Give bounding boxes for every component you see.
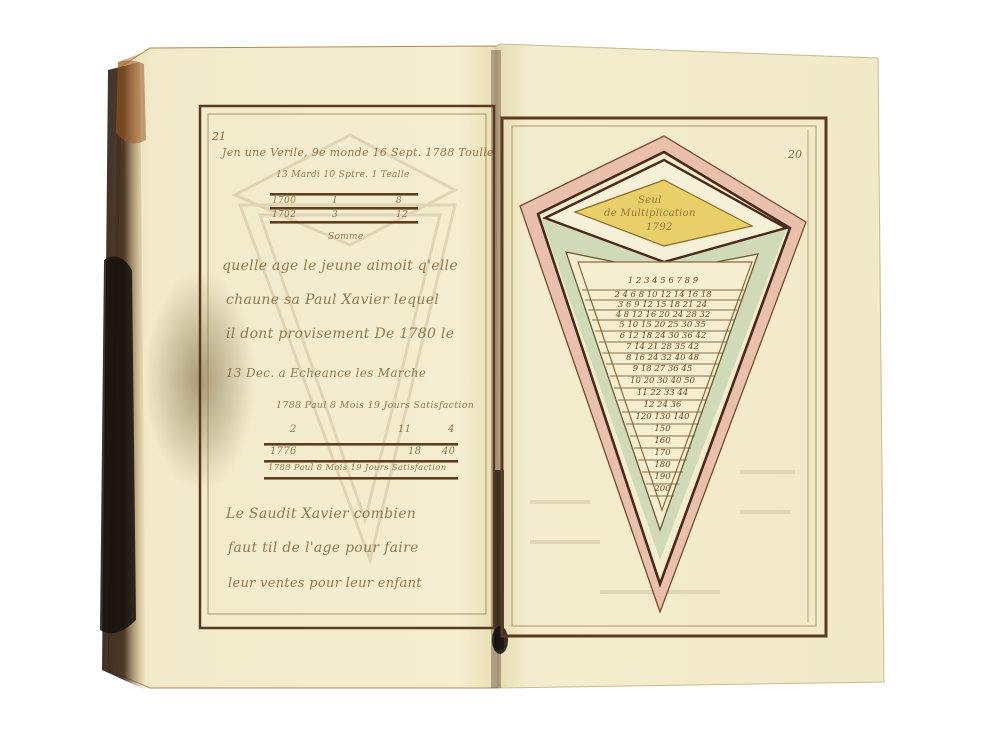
table-row: 120 130 140 [626,412,699,422]
table-row: 8 16 24 32 40 48 [606,353,719,363]
table-row: 10 20 30 40 50 [614,376,711,386]
table-row: 12 24 36 [622,400,703,410]
table-row: 4 8 12 16 20 24 28 32 [592,310,734,320]
table-row: 180 [642,460,683,470]
table-row: 160 [634,436,691,446]
table-row: 9 18 27 36 45 [610,364,715,374]
closing-line: Le Saudit Xavier combien [226,506,416,522]
table1-cell: 8 [396,196,402,206]
table-row: 5 10 15 20 25 30 35 [595,320,730,330]
table-row: 2 4 6 8 10 12 14 16 18 [585,290,741,300]
left-page-number: 21 [212,130,226,143]
paragraph-line: il dont provisement De 1780 le [226,326,454,342]
table2-cell: 11 [398,424,411,435]
paragraph-line: chaune sa Paul Xavier lequel [226,292,439,308]
paragraph-line: quelle age le jeune aimoit q'elle [222,258,458,274]
table-row: 170 [638,448,687,458]
photo-scene: 21 Jen une Verile, 9e monde 16 Sept. 178… [0,0,1000,751]
table-row: 150 [630,424,695,434]
sub-line: 1788 Paul 8 Mois 19 Jours Satisfaction [276,400,474,411]
table2-cell: 2 [290,424,297,435]
closing-line: faut til de l'age pour faire [228,540,419,556]
table-row: 1 2 3 4 5 6 7 8 9 [582,276,744,286]
table2-cell: 1788 Paul 8 Mois 19 Jours Satisfaction [268,463,446,473]
diagram-label-line: de Multiplication [604,208,696,219]
closing-line: leur ventes pour leur enfant [228,576,422,591]
table-row: 200 [650,484,675,494]
table-row: 3 6 9 12 15 18 21 24 [588,300,737,310]
table1-cell: 1700 [272,196,296,206]
table1-cell: 1702 [272,210,296,220]
diagram-label-line: 1792 [646,222,673,233]
table-row: 11 22 33 44 [618,388,707,398]
table1-cell: 12 [396,210,408,220]
paragraph-line: 13 Dec. a Echeance les Marche [226,366,426,380]
diagram-label-line: Seul [638,195,662,206]
table-row: 190 [646,472,679,482]
book-illustration [0,0,1000,751]
table-row: 6 12 18 24 30 36 42 [599,331,727,341]
table2-cell: 4 [448,424,455,435]
table2-cell: 1776 [270,446,297,457]
table1-cell: 3 [332,210,338,220]
table2-cell: 18 [408,446,421,457]
table1-cell: 1 [332,196,338,206]
table-row: 7 14 21 28 35 42 [602,342,723,352]
handwritten-line: 13 Mardi 10 Sptre. 1 Tealle [276,170,410,180]
table2-cell: 40 [442,446,455,457]
handwritten-line: Jen une Verile, 9e monde 16 Sept. 1788 T… [222,146,494,159]
table1-footer: Somme [328,232,363,242]
right-page-number: 20 [788,148,802,161]
